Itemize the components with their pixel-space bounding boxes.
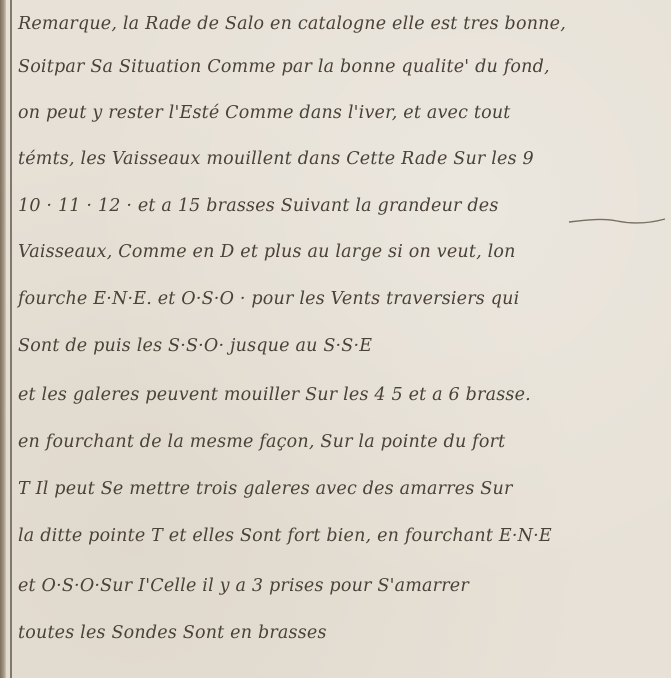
text-line-1: Remarque, la Rade de Salo en catalogne e… (18, 14, 566, 34)
line-filler-flourish (567, 215, 667, 227)
text-line-8: Sont de puis les S·S·O· jusque au S·S·E (18, 336, 372, 356)
text-line-5: 10 · 11 · 12 · et a 15 brasses Suivant l… (18, 196, 499, 216)
text-line-14: toutes les Sondes Sont en brasses (18, 623, 327, 643)
text-line-3: on peut y rester l'Esté Comme dans l'ive… (18, 103, 511, 123)
manuscript-page: Remarque, la Rade de Salo en catalogne e… (0, 0, 671, 678)
text-line-13: et O·S·O·Sur I'Celle il y a 3 prises pou… (18, 576, 469, 596)
text-line-7: fourche E·N·E. et O·S·O · pour les Vents… (18, 289, 519, 309)
margin-border-line (10, 0, 12, 678)
page-edge-shadow (0, 0, 6, 678)
text-line-11: T Il peut Se mettre trois galeres avec d… (18, 479, 513, 499)
text-line-10: en fourchant de la mesme façon, Sur la p… (18, 432, 505, 452)
text-line-4: témts, les Vaisseaux mouillent dans Cett… (18, 149, 534, 169)
text-line-6: Vaisseaux, Comme en D et plus au large s… (18, 242, 516, 262)
text-line-9: et les galeres peuvent mouiller Sur les … (18, 385, 531, 405)
text-line-12: la ditte pointe T et elles Sont fort bie… (18, 526, 552, 546)
text-line-2: Soitpar Sa Situation Comme par la bonne … (18, 57, 550, 77)
